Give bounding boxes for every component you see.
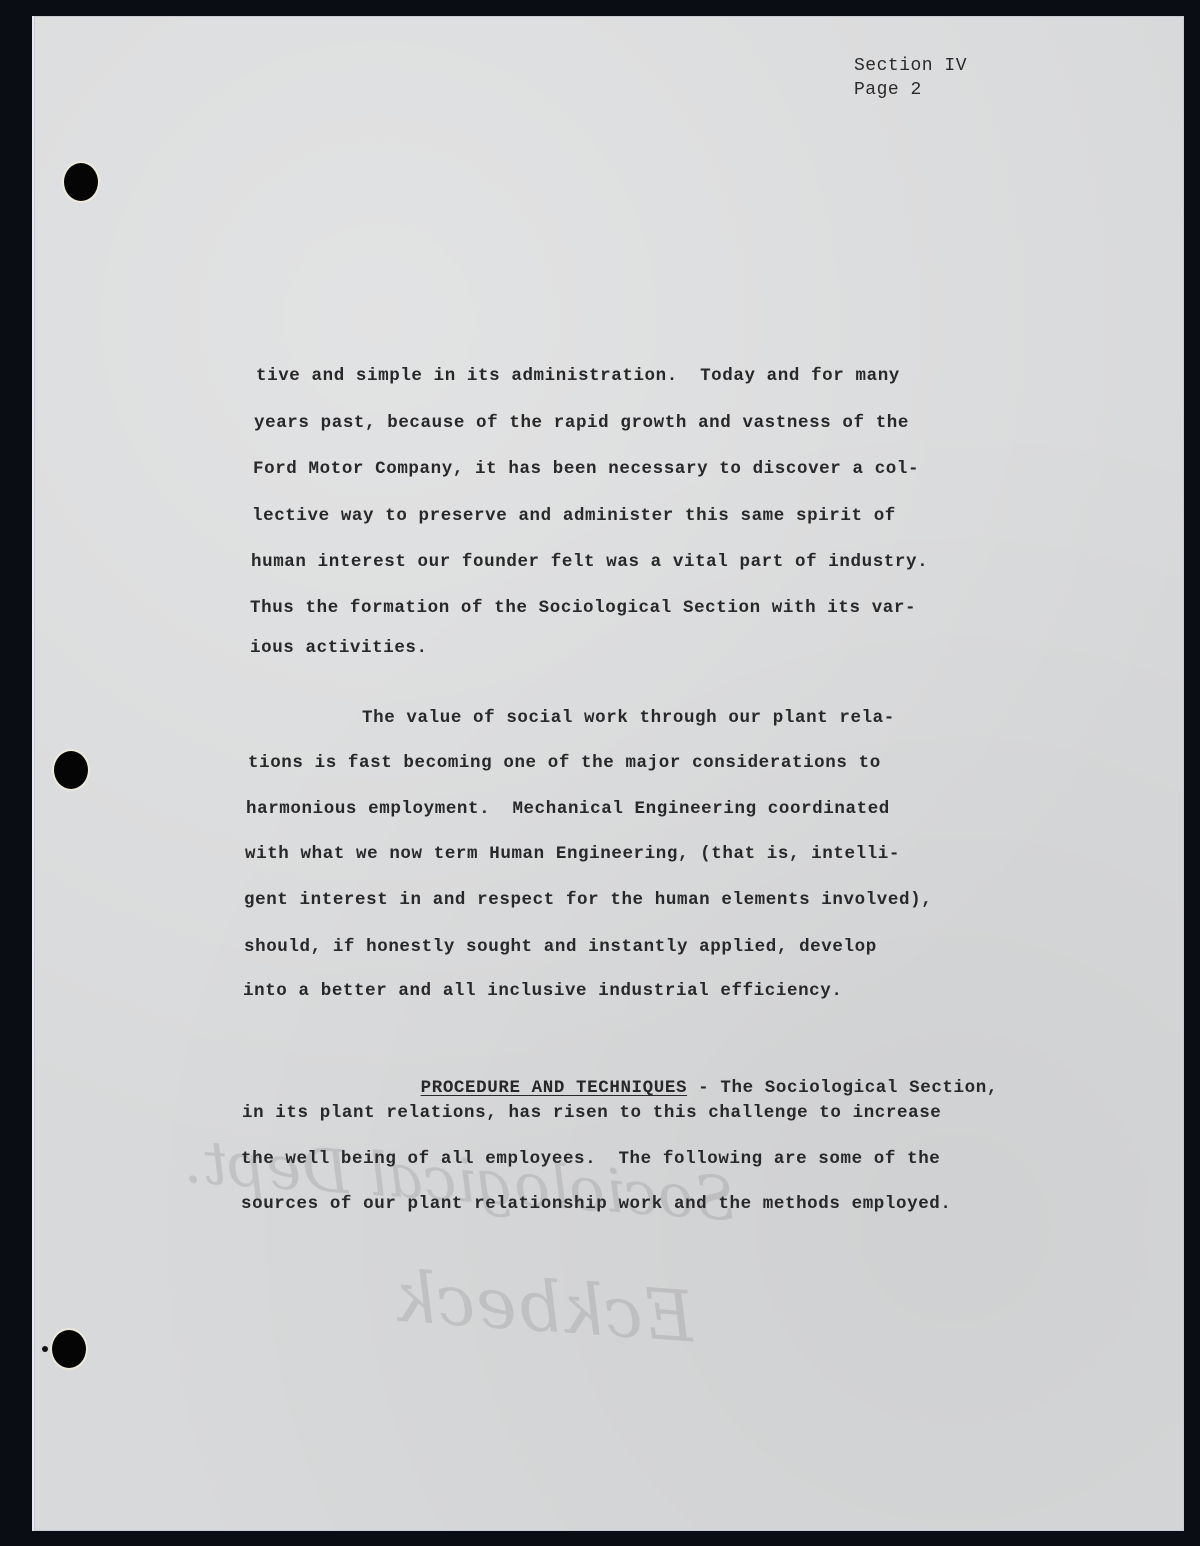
page-number: Page 2 <box>854 78 967 102</box>
section-label: Section IV <box>854 54 967 78</box>
punch-speck <box>42 1346 48 1352</box>
section-heading: PROCEDURE AND TECHNIQUES <box>421 1078 687 1098</box>
heading-suffix: - The Sociological Section, <box>687 1078 998 1098</box>
text-line: years past, because of the rapid growth … <box>254 413 909 433</box>
text-line: gent interest in and respect for the hum… <box>244 890 932 910</box>
text-line: tions is fast becoming one of the major … <box>248 753 881 773</box>
text-line: tive and simple in its administration. T… <box>256 366 900 386</box>
document-page: Sociological Dept. Eckbeck Section IV Pa… <box>32 16 1184 1531</box>
text-line: ious activities. <box>250 638 428 658</box>
paragraph-3: PROCEDURE AND TECHNIQUES - The Sociologi… <box>34 16 78 136</box>
text-line: should, if honestly sought and instantly… <box>244 937 877 957</box>
bleed-through-handwriting-2: Eckbeck <box>392 1256 698 1359</box>
text-line: sources of our plant relationship work a… <box>241 1194 952 1214</box>
page-header: Section IV Page 2 <box>854 54 967 102</box>
text-line: harmonious employment. Mechanical Engine… <box>246 799 890 819</box>
text-line: human interest our founder felt was a vi… <box>251 552 928 572</box>
text-line: the well being of all employees. The fol… <box>241 1149 940 1169</box>
text-line: in its plant relations, has risen to thi… <box>242 1103 941 1123</box>
text-line: with what we now term Human Engineering,… <box>245 844 900 864</box>
punch-hole-middle <box>54 751 88 789</box>
text-line: into a better and all inclusive industri… <box>243 981 843 1001</box>
text-line: The value of social work through our pla… <box>362 708 895 728</box>
bleed-through-handwriting: Sociological Dept. <box>182 1127 737 1235</box>
text-line: Thus the formation of the Sociological S… <box>250 598 916 618</box>
text-line: Ford Motor Company, it has been necessar… <box>253 459 919 479</box>
text-line: lective way to preserve and administer t… <box>252 506 896 526</box>
punch-hole-bottom <box>52 1330 86 1368</box>
